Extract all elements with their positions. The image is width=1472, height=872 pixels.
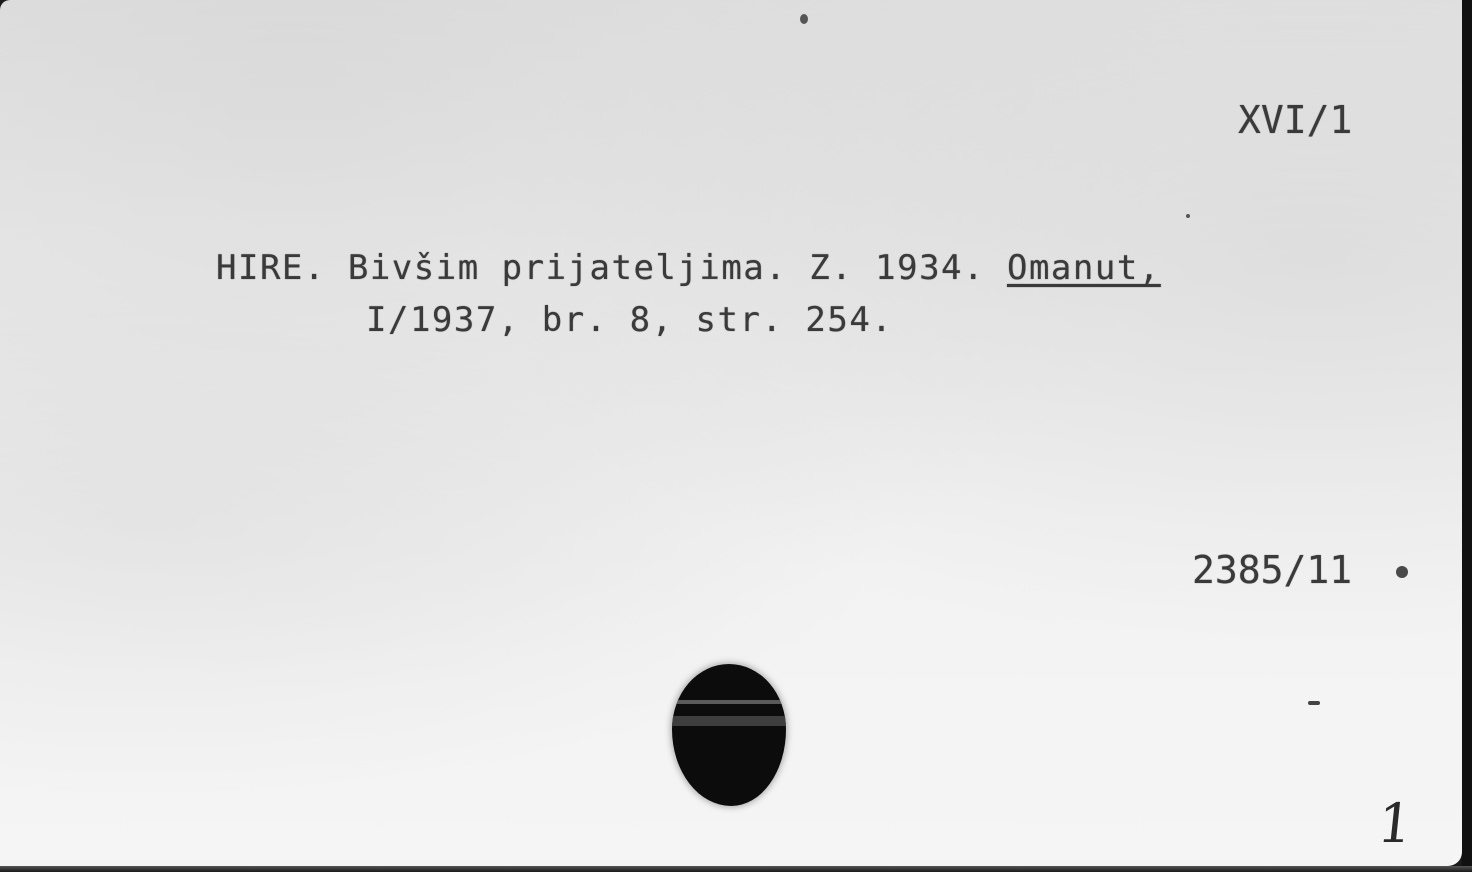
accession-number: 2385/11 (1192, 548, 1352, 592)
punch-hole (672, 664, 786, 806)
catalog-card: XVI/1 HIRE. Bivšim prijateljima. Z. 1934… (0, 0, 1462, 866)
bibliographic-entry-line-2: I/1937, br. 8, str. 254. (366, 300, 893, 340)
ink-speck (800, 14, 808, 24)
ink-speck (1186, 214, 1190, 218)
title: Bivšim prijateljima. (348, 248, 787, 288)
handwritten-number: 1 (1375, 792, 1416, 855)
author: HIRE. (216, 248, 326, 288)
pencil-dash (1308, 701, 1320, 705)
bibliographic-entry-line-1: HIRE. Bivšim prijateljima. Z. 1934. Oman… (216, 248, 1161, 288)
scan-border-right (1462, 0, 1472, 872)
scan-border-bottom (0, 866, 1472, 872)
place-year: Z. 1934. (809, 248, 985, 288)
classmark: XVI/1 (1238, 98, 1352, 142)
periodical-name: Omanut, (1007, 248, 1161, 288)
ink-dot-mark (1396, 566, 1408, 578)
